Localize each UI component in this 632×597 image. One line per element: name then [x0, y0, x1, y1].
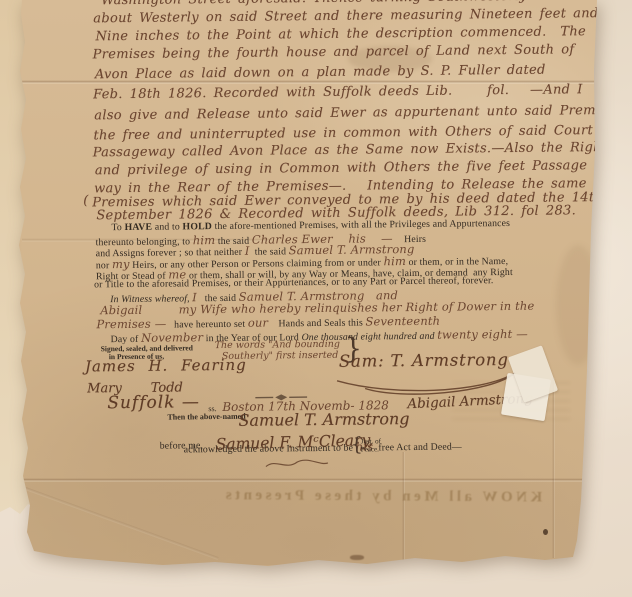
- text-segment: Seventeenth: [365, 314, 440, 329]
- pen-flourish: [264, 457, 330, 472]
- handwritten-line: and privilege of using in Common with Ot…: [95, 158, 588, 178]
- text-segment: [142, 305, 179, 316]
- handwritten-line: Avon Place as laid down on a plan made b…: [95, 63, 546, 83]
- text-segment: HOLD: [182, 221, 212, 232]
- deed-paper: Washington Street aforesaid. Thence turn…: [0, 0, 632, 597]
- deed-text-layer: Washington Street aforesaid. Thence turn…: [0, 0, 632, 597]
- handwritten-line: Nine inches to the Point at which the de…: [95, 24, 586, 44]
- text-segment: have hereunto set: [166, 319, 248, 331]
- text-segment: To: [111, 222, 124, 233]
- text-segment: HAVE: [124, 222, 152, 233]
- acknowledgment-post: free Act and Deed—: [373, 441, 462, 453]
- handwritten-line: Premises being the fourth house and parc…: [93, 42, 575, 62]
- justice-title-line: Just. of: [361, 437, 381, 445]
- text-segment: twenty eight —: [437, 327, 528, 342]
- reverse-side-bleedthrough-text: KNOW all Men by these Presents: [200, 487, 564, 507]
- deed-paper-wrapper: Washington Street aforesaid. Thence turn…: [0, 0, 632, 597]
- text-segment: the afore-mentioned Premises, with all t…: [212, 218, 510, 232]
- handwritten-line: Feb. 18th 1826. Recorded with Suffolk de…: [93, 82, 583, 102]
- photograph-of-deed: Washington Street aforesaid. Thence turn…: [0, 0, 632, 597]
- grantor-signature: Sam: T. Armstrong: [339, 350, 509, 371]
- before-me-label: before me,: [160, 440, 204, 451]
- handwritten-line: about Westerly on said Street and there …: [93, 6, 598, 26]
- text-segment: our: [248, 316, 268, 330]
- text-segment: Premises —: [96, 317, 166, 332]
- then-above-named-label: Then the above-named: [167, 412, 245, 422]
- justice-title-line: Peace.: [361, 445, 379, 453]
- county-name: Suffolk —: [107, 392, 200, 413]
- text-segment: and to: [152, 221, 182, 232]
- handwritten-line: Passageway called Avon Place as the Same…: [93, 140, 608, 160]
- margin-pen-mark: (: [83, 193, 89, 208]
- witness-signature-fearing: James H. Fearing: [85, 356, 247, 376]
- acknowledged-name: Samuel T. Armstrong: [238, 409, 409, 430]
- text-segment: Abigail: [100, 303, 142, 317]
- handwritten-line: also give and Release unto said Ewer as …: [94, 103, 622, 124]
- printed-divider-ornament: [255, 393, 307, 402]
